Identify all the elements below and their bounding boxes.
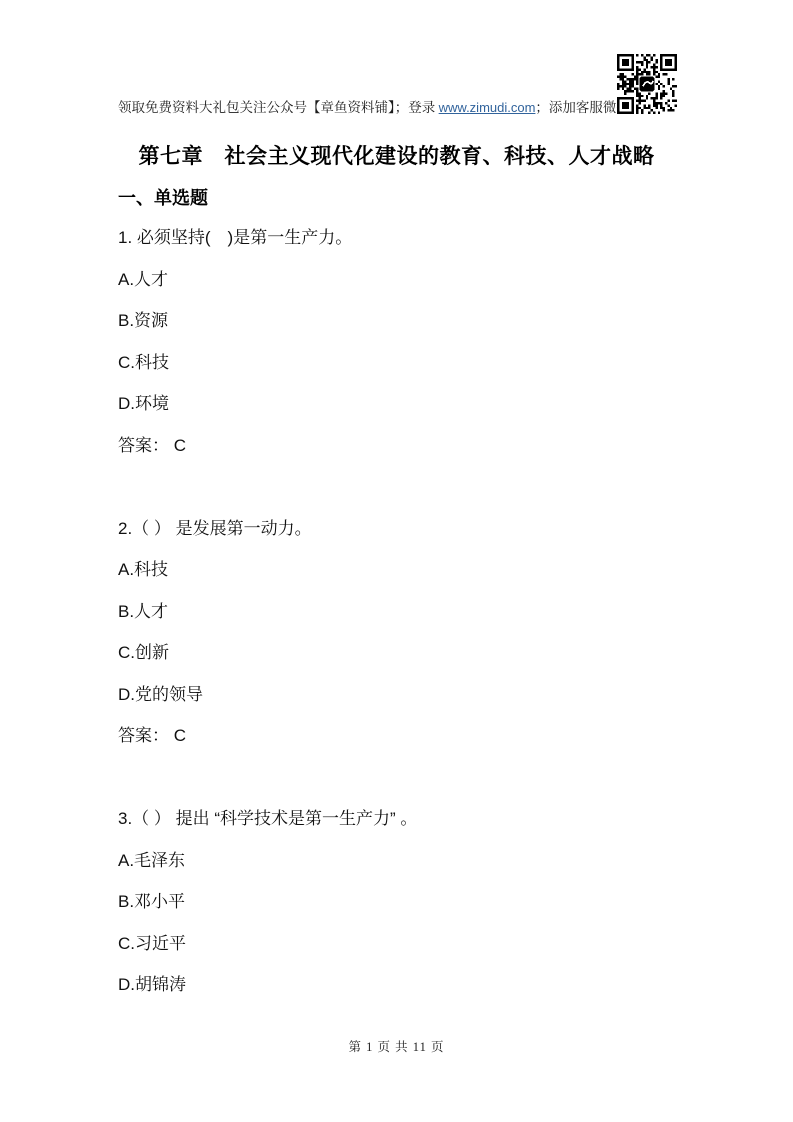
option-line: B.邓小平 xyxy=(118,893,675,910)
option-line: C.习近平 xyxy=(118,935,675,952)
option-line: D.党的领导 xyxy=(118,686,675,703)
option-line: A.人才 xyxy=(118,271,675,288)
option-line: B.资源 xyxy=(118,312,675,329)
question-stem: 3.（ ） 提出 “科学技术是第一生产力” 。 xyxy=(118,810,675,827)
document-page: 领取免费资料大礼包关注公众号【章鱼资料铺】；登录 www.zimudi.com；… xyxy=(0,0,793,1122)
paragraph-gap xyxy=(118,769,675,811)
option-line: A.毛泽东 xyxy=(118,852,675,869)
question-stem: 2.（ ） 是发展第一动力。 xyxy=(118,520,675,537)
paragraph-gap xyxy=(118,478,675,520)
option-line: A.科技 xyxy=(118,561,675,578)
option-line: D.胡锦涛 xyxy=(118,976,675,993)
answer-line: 答案： C xyxy=(118,437,675,454)
chapter-title: 第七章 社会主义现代化建设的教育、科技、人才战略 xyxy=(118,146,675,167)
header-text-prefix: 领取免费资料大礼包关注公众号【章鱼资料铺】；登录 xyxy=(118,100,439,115)
question-stem: 1. 必须坚持( )是第一生产力。 xyxy=(118,229,675,246)
option-line: C.科技 xyxy=(118,354,675,371)
page-number-label: 第 1 页 共 11 页 xyxy=(349,1040,445,1054)
answer-line: 答案： C xyxy=(118,727,675,744)
option-line: D.环境 xyxy=(118,395,675,412)
qr-code-icon xyxy=(616,54,678,114)
page-footer: 第 1 页 共 11 页 xyxy=(0,1037,793,1055)
option-line: B.人才 xyxy=(118,603,675,620)
page-header: 领取免费资料大礼包关注公众号【章鱼资料铺】；登录 www.zimudi.com；… xyxy=(118,100,623,116)
zimudi-link[interactable]: www.zimudi.com xyxy=(439,100,536,115)
document-body: 第七章 社会主义现代化建设的教育、科技、人才战略 一、单选题 1. 必须坚持( … xyxy=(118,146,675,1018)
option-line: C.创新 xyxy=(118,644,675,661)
section-heading: 一、单选题 xyxy=(118,189,675,207)
